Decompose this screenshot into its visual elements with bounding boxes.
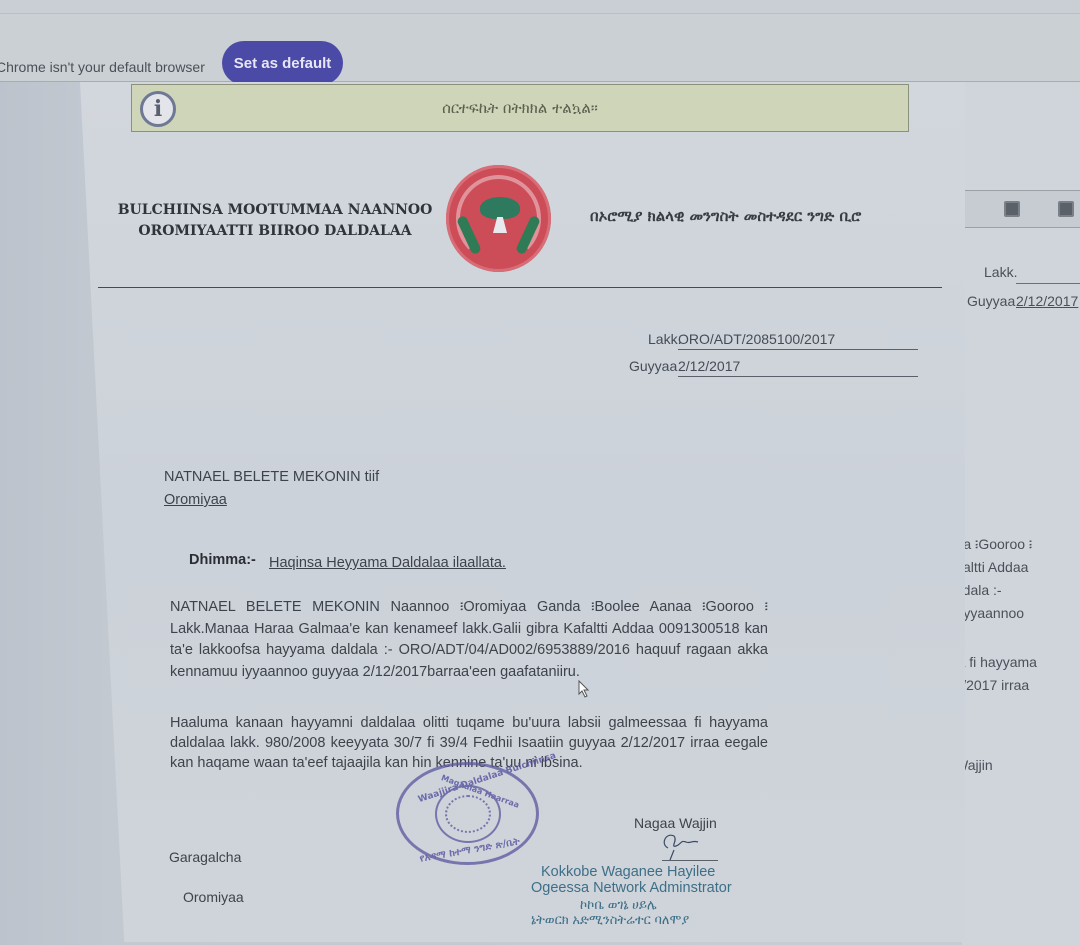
letterhead-divider xyxy=(98,287,942,288)
cc-label: Garagalcha xyxy=(169,849,241,865)
signer-title-amharic: ኔትወርክ አድሚንስትሬተር ባለሞያ xyxy=(531,912,689,928)
alert-message: ሰርተፍኬት በትክክል ተልኳል። xyxy=(132,99,908,117)
odaa-tree-icon xyxy=(480,197,520,219)
signer-name-amharic: ኮኮቤ ወገኔ ሀይሌ xyxy=(580,897,657,913)
save-as-icon[interactable] xyxy=(1058,201,1074,217)
recipient-name: NATNAEL BELETE MEKONIN tiif xyxy=(164,469,379,485)
body-paragraph-1: NATNAEL BELETE MEKONIN Naannoo ፧Oromiyaa… xyxy=(170,597,768,683)
success-alert: i ሰርተፍኬት በትክክል ተልኳል። xyxy=(131,84,909,132)
signature-mark xyxy=(656,826,704,860)
bg-lakk-label: Lakk. xyxy=(984,264,1017,280)
subject-label: Dhimma:- xyxy=(189,552,256,568)
bg-guyyaa-value: 2/12/2017 xyxy=(1016,293,1078,309)
org-name-english: BULCHIINSA MOOTUMMAA NAANNOO OROMIYAATTI… xyxy=(100,200,450,242)
bg-guyyaa-label: Guyyaa xyxy=(967,293,1015,309)
default-browser-infobar: Chrome isn't your default browser Set as… xyxy=(0,14,1080,82)
set-as-default-button[interactable]: Set as default xyxy=(222,41,343,85)
recipient-region: Oromiyaa xyxy=(164,492,227,508)
stamp-tree-emblem xyxy=(445,795,491,833)
background-toolbar xyxy=(962,190,1080,228)
date-value: 2/12/2017 xyxy=(678,358,918,377)
org-name-line2: OROMIYAATTI BIIROO DALDALAA xyxy=(100,221,450,242)
reference-number-label: Lakk. xyxy=(648,331,681,347)
reference-number-value: ORO/ADT/2085100/2017 xyxy=(678,331,918,350)
save-icon[interactable] xyxy=(1004,201,1020,217)
signature-line xyxy=(662,860,718,861)
signer-title: Ogeessa Network Adminstrator xyxy=(531,880,732,896)
browser-top-strip xyxy=(0,0,1080,14)
official-stamp: Waajjira Daldalaa Bulchiinsa Magaalaa Ha… xyxy=(396,762,539,865)
infobar-message: Chrome isn't your default browser xyxy=(0,59,205,75)
subject-text: Haqinsa Heyyama Daldalaa ilaallata. xyxy=(269,555,506,571)
cc-item: Oromiyaa xyxy=(183,889,244,905)
org-name-amharic: በኦሮሚያ ክልላዊ መንግስት መስተዳደር ንግድ ቢሮ xyxy=(590,207,861,225)
date-label: Guyyaa xyxy=(629,358,677,374)
mouse-cursor-icon xyxy=(578,680,590,698)
oromia-emblem-logo xyxy=(446,165,551,272)
org-name-line1: BULCHIINSA MOOTUMMAA NAANNOO xyxy=(100,200,450,221)
signer-name: Kokkobe Waganee Hayilee xyxy=(541,864,715,880)
bg-lakk-underline xyxy=(1016,283,1080,284)
